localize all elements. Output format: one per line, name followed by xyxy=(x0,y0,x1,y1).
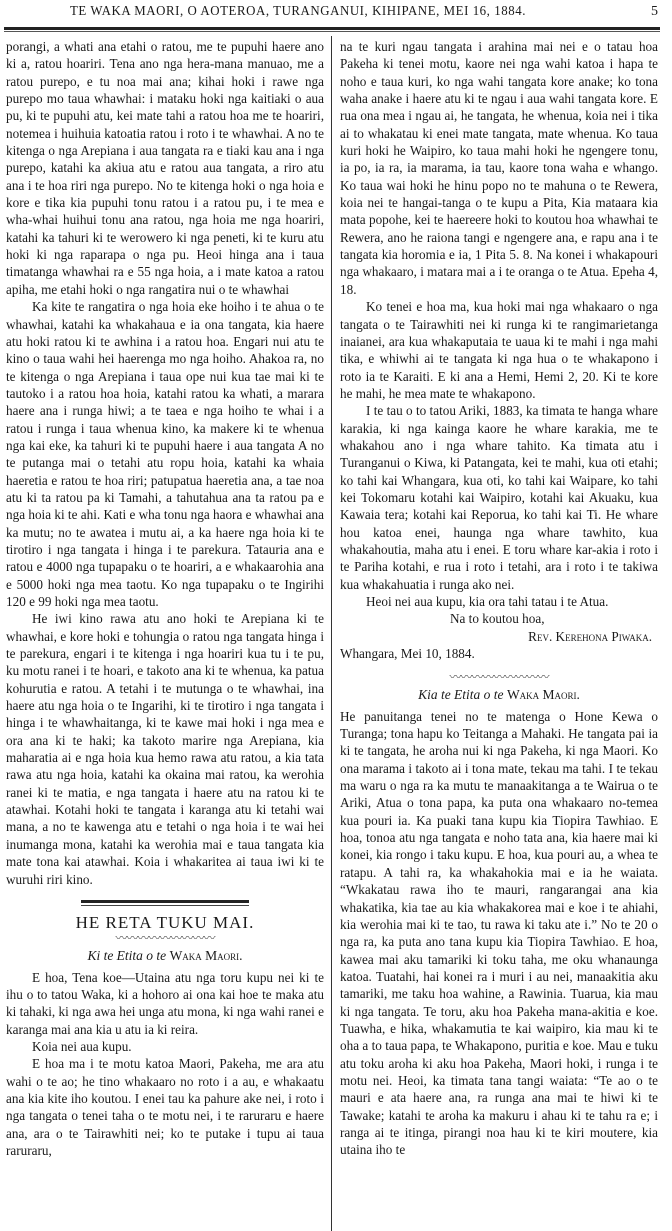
letter-signature: Rev. Kerehona Piwaka. xyxy=(340,628,658,645)
article-paragraph: He iwi kino rawa atu ano hoki te Arepian… xyxy=(6,610,324,888)
letter-paragraph: He panuitanga tenei no te matenga o Hone… xyxy=(340,708,658,1159)
letter-paragraph: Ko tenei e hoa ma, kua hoki mai nga whak… xyxy=(340,298,658,402)
column-divider xyxy=(331,36,332,1231)
article-paragraph: porangi, a whati ana etahi o ratou, me t… xyxy=(6,38,324,298)
salutation-paper-name: Waka Maori. xyxy=(170,948,243,963)
letter-paragraph: E hoa ma i te motu katoa Maori, Pakeha, … xyxy=(6,1055,324,1159)
section-divider-rule xyxy=(81,900,249,906)
letter-paragraph: na te kuri ngau tangata i arahina mai ne… xyxy=(340,38,658,298)
letter-paragraph: Koia nei aua kupu. xyxy=(6,1038,324,1055)
salutation-prefix: Ki te Etita o te xyxy=(87,948,166,963)
left-column: porangi, a whati ana etahi o ratou, me t… xyxy=(6,38,324,1159)
masthead-rule-thin xyxy=(4,31,660,32)
masthead-rule xyxy=(4,27,660,30)
page-number: 5 xyxy=(651,4,658,20)
letter-signoff: Na to koutou hoa, xyxy=(340,610,658,627)
letter-salutation: Kia te Etita o te Waka Maori. xyxy=(340,686,658,703)
salutation-paper-name: Waka Maori. xyxy=(507,687,580,702)
article-paragraph: Ka kite te rangatira o nga hoia eke hoih… xyxy=(6,298,324,610)
masthead: TE WAKA MAORI, O AOTEROA, TURANGANUI, KI… xyxy=(0,0,672,26)
salutation-prefix: Kia te Etita o te xyxy=(418,687,504,702)
wavy-rule-icon: 〰〰〰〰〰〰〰〰〰 xyxy=(6,933,324,943)
letter-paragraph: E hoa, Tena koe—Utaina atu nga toru kupu… xyxy=(6,969,324,1038)
letter-paragraph: Heoi nei aua kupu, kia ora tahi tatau i … xyxy=(340,593,658,610)
letter-salutation: Ki te Etita o te Waka Maori. xyxy=(6,947,324,964)
newspaper-title: TE WAKA MAORI, O AOTEROA, TURANGANUI, KI… xyxy=(70,4,526,20)
letter-dateline: Whangara, Mei 10, 1884. xyxy=(340,645,658,662)
section-heading: HE RETA TUKU MAI. xyxy=(6,914,324,931)
letter-paragraph: I te tau o to tatou Ariki, 1883, ka tima… xyxy=(340,402,658,593)
right-column: na te kuri ngau tangata i arahina mai ne… xyxy=(340,38,658,1159)
wavy-rule-icon: 〰〰〰〰〰〰〰〰〰 xyxy=(340,672,658,682)
